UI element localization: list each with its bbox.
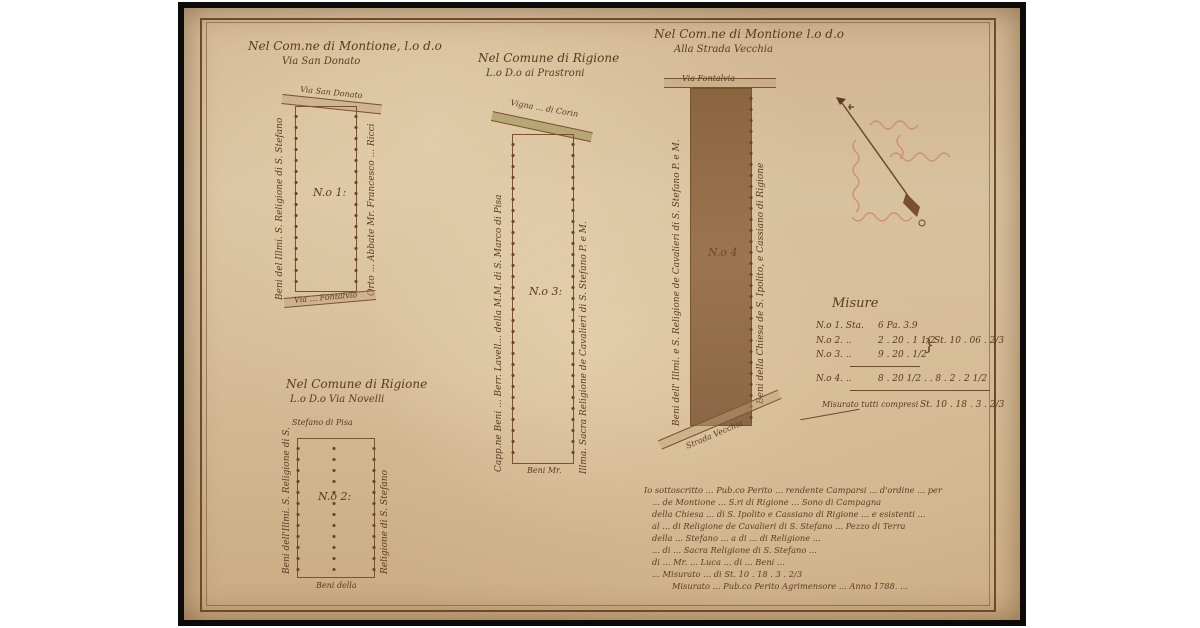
certification-text: Io sottoscritto ... Pub.co Perito ... re…: [644, 484, 974, 592]
parcel-4-subheading: Alla Strada Vecchia: [674, 44, 773, 55]
measure-row-3-value: 9 . 20 . 1/2: [878, 350, 927, 360]
cert-line-6: ... di ... Sacra Religione di S. Stefano…: [644, 544, 974, 556]
parcel-1-right-label: Orto ... Abbate Mr. Francesco ... Ricci: [367, 123, 377, 296]
measure-row-1-value: 6 Pa. 3.9: [878, 321, 918, 331]
compass-north-arrow-icon: [830, 95, 970, 245]
parcel-1-heading: Nel Com.ne di Montione, l.o d.o: [248, 40, 442, 53]
parcel-3-number: N.o 3:: [529, 285, 562, 298]
parcel-1-subheading: Via San Donato: [282, 56, 360, 67]
parcel-3-subheading: L.o D.o ai Prastroni: [486, 68, 584, 79]
cert-line-7: di ... Mr. ... Luca ... di ... Beni ...: [644, 556, 974, 568]
measure-row-4-label: N.o 4. ..: [816, 374, 852, 384]
measure-bracket: }: [924, 335, 934, 354]
parcel-2-right-label: Religione di S. Stefano: [380, 470, 390, 574]
parcel-2-plot: [297, 438, 375, 578]
parcel-3-bottom-label: Beni Mr.: [527, 466, 562, 475]
measure-row-2-label: N.o 2. ..: [816, 336, 852, 346]
parcel-4-right-label: Beni della Chiesa de S. Ipolito, e Cassi…: [756, 163, 766, 404]
cert-line-9: Misurato ... Pub.co Perito Agrimensore .…: [644, 580, 974, 592]
parcel-4-left-label: Beni dell' Illmi. e S. Religione de Cava…: [672, 139, 682, 426]
parcel-4-number: N.o 4: [708, 246, 738, 259]
cert-line-4: al ... di Religione de Cavalieri di S. S…: [644, 520, 974, 532]
parcel-2-number: N.o 2:: [318, 490, 351, 503]
cert-line-1: Io sottoscritto ... Pub.co Perito ... re…: [644, 484, 974, 496]
parcel-2-subheading: L.o D.o Via Novelli: [290, 394, 384, 405]
parcel-1-left-label: Beni del Illmi. S. Religione di S. Stefa…: [275, 118, 285, 300]
parcel-4-top-road-label: Via Fontalvia: [682, 74, 735, 83]
parcel-3-plot: [512, 134, 574, 464]
parcel-1-plot: [295, 106, 357, 292]
cert-line-8: ... Misurato ... di St. 10 . 18 . 3 . 2/…: [644, 568, 974, 580]
parcel-2-top-label: Stefano di Pisa: [292, 418, 353, 427]
measure-row-3-label: N.o 3. ..: [816, 350, 852, 360]
measure-rule-2: [850, 390, 990, 391]
measurements-title: Misure: [832, 296, 878, 311]
parcel-3-heading: Nel Comune di Rigione: [478, 52, 619, 65]
cert-line-2: ... de Montione ... S.ri di Rigione ... …: [644, 496, 974, 508]
measure-bracket-total: St. 10 . 06 . 2/3: [934, 336, 1004, 346]
measure-grand-total-label: Misurato tutti compresi: [822, 400, 918, 409]
cert-line-5: della ... Stefano ... a di ... di Religi…: [644, 532, 974, 544]
cert-line-3: della Chiesa ... di S. Ipolito e Cassian…: [644, 508, 974, 520]
parcel-4-heading: Nel Com.ne di Montione l.o d.o: [654, 28, 844, 41]
parcel-2-bottom-label: Beni della: [316, 581, 357, 590]
measure-rule-1: [850, 366, 920, 367]
parcel-3-right-label: Illma. Sacra Religione de Cavalieri di S…: [579, 221, 589, 474]
measure-row-1-label: N.o 1. Sta.: [816, 321, 864, 331]
measure-grand-total-value: St. 10 . 18 . 3 . 2/3: [920, 400, 1004, 410]
measure-row-4-value: 8 . 20 1/2 . . 8 . 2 . 2 1/2: [878, 374, 987, 384]
parcel-2-left-label: Beni dell'Illmi. S. Religione di S.: [282, 427, 292, 574]
parcel-2-heading: Nel Comune di Rigione: [286, 378, 427, 391]
parcel-1-number: N.o 1:: [313, 186, 346, 199]
parcel-3-left-label: Capp.ne Beni ... Berr. Lavell... della M…: [494, 194, 504, 472]
